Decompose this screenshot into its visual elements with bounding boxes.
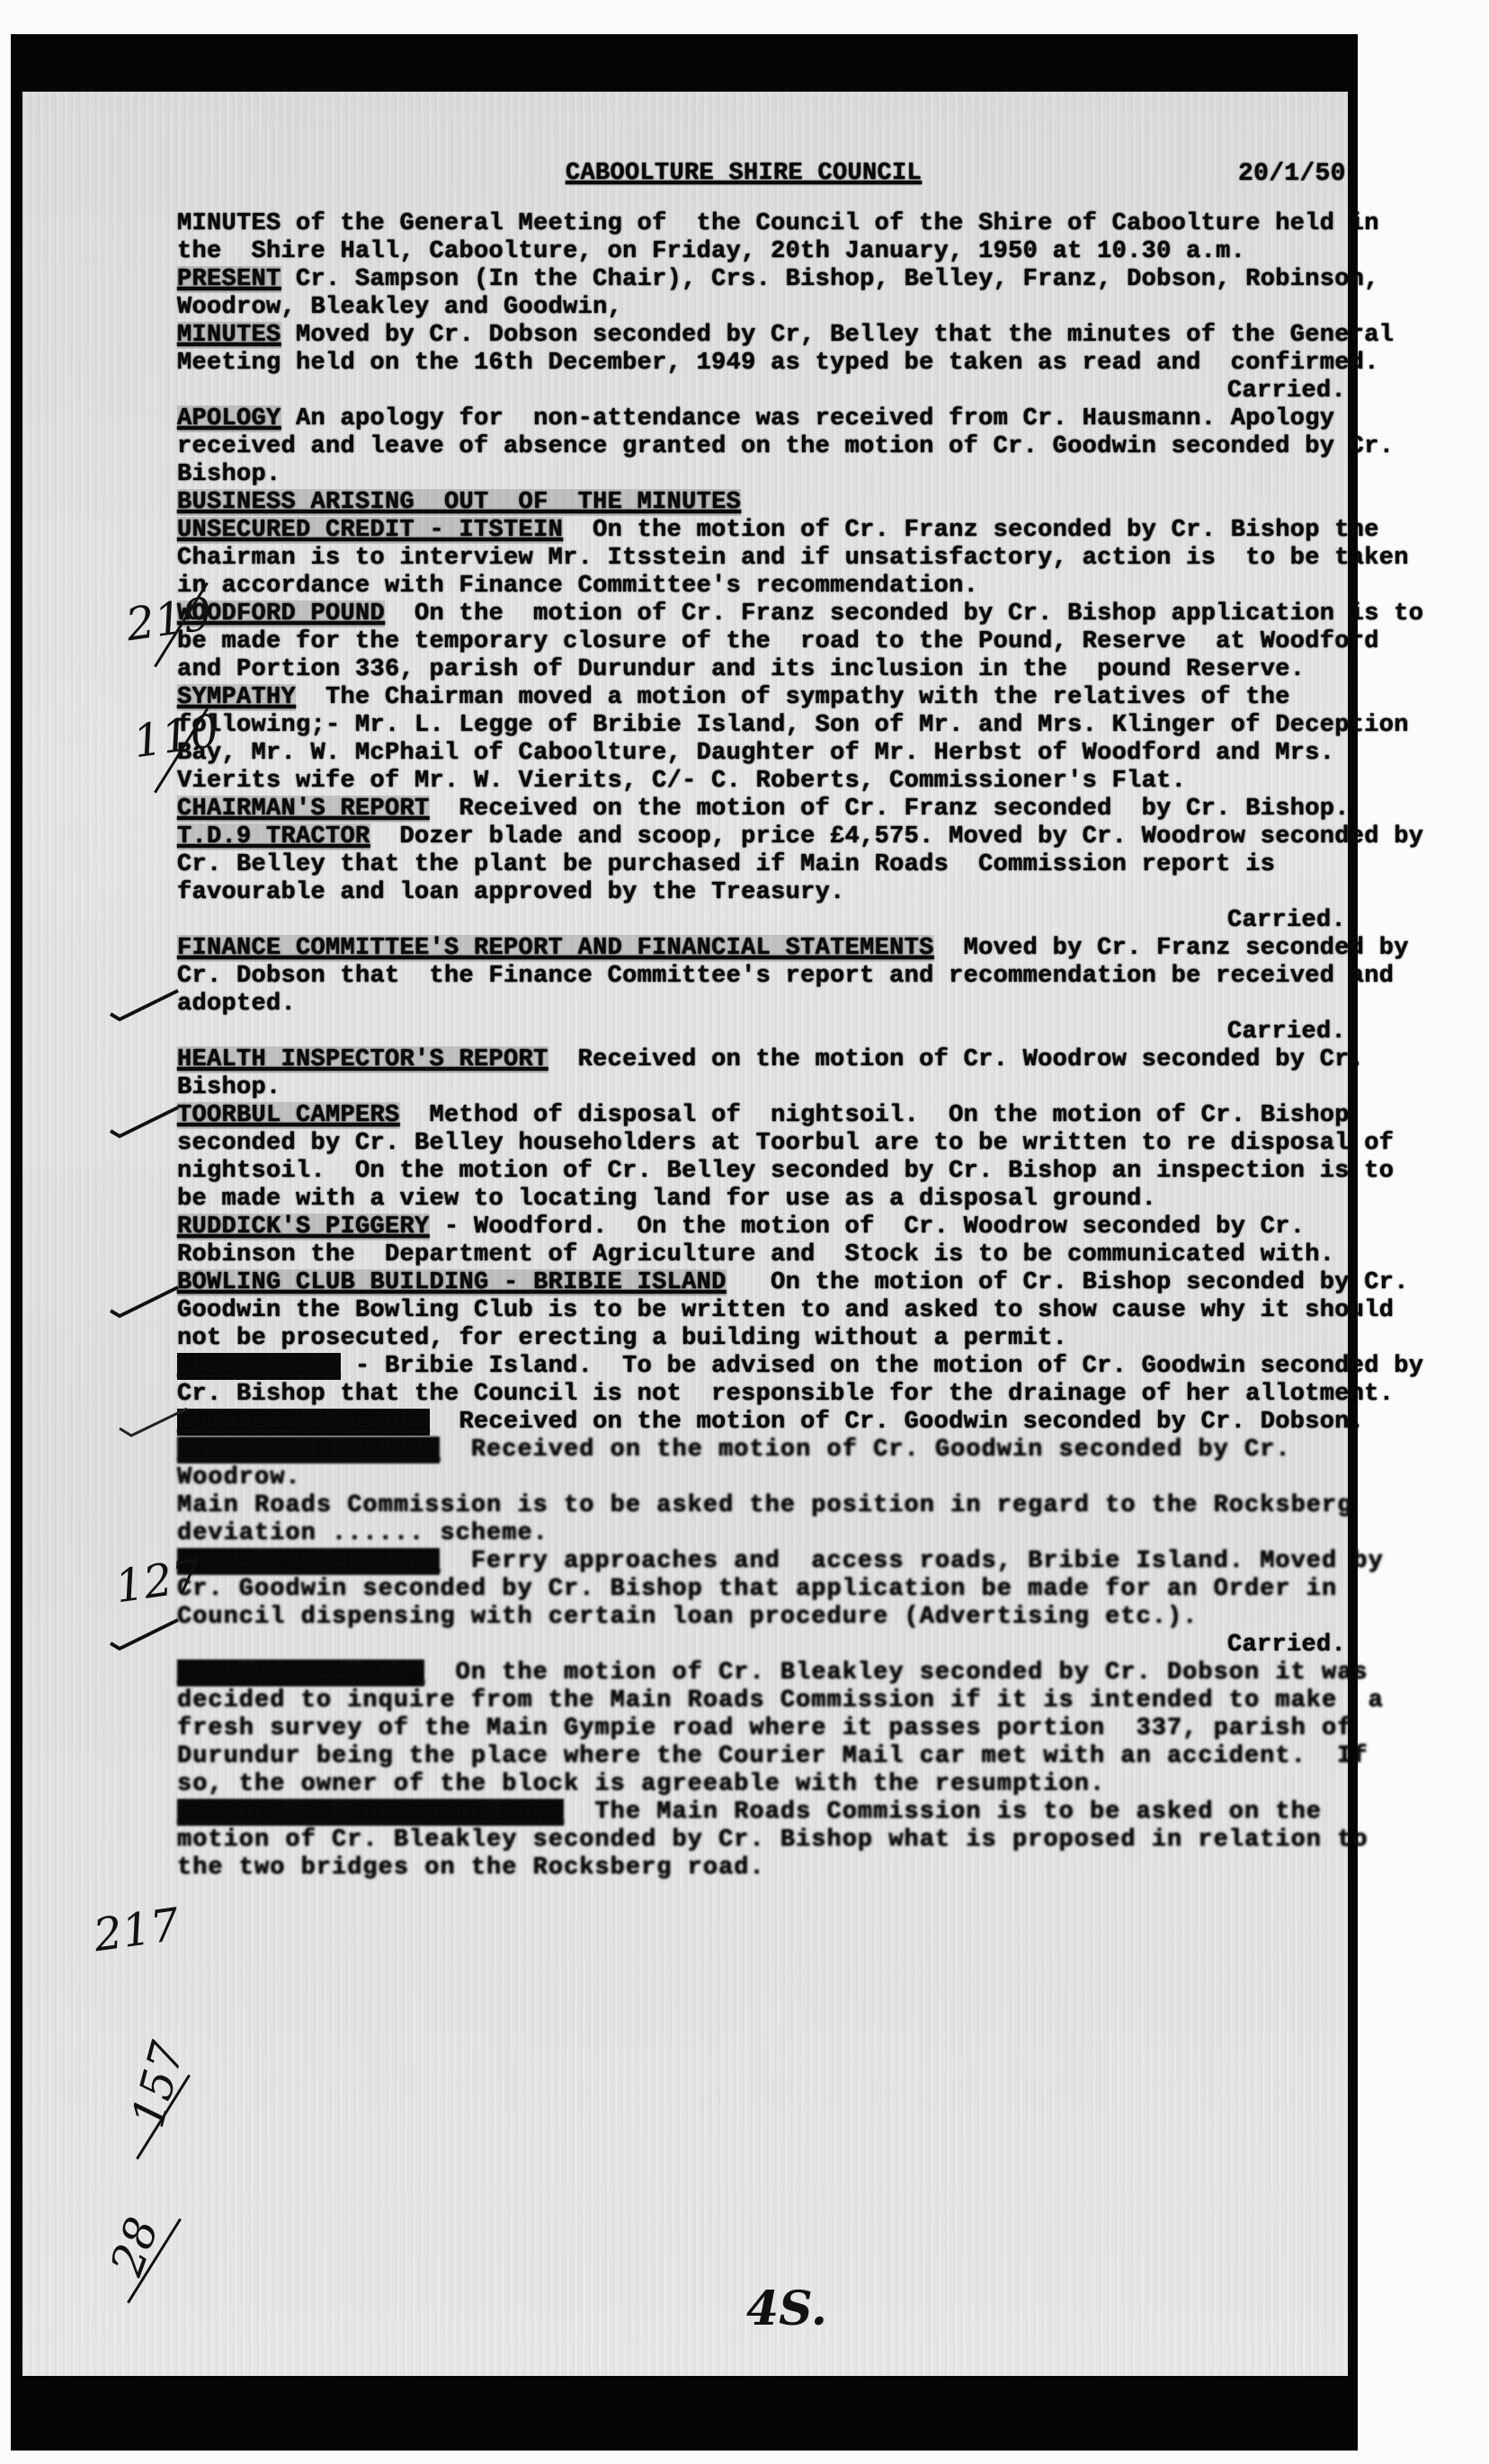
- document-date: 20/1/50: [1238, 160, 1346, 188]
- item-heading: APOLOGY: [177, 405, 281, 432]
- handwritten-initials: 4S.: [746, 2282, 827, 2336]
- item-heading: PRESENT: [177, 266, 281, 293]
- item-heading: UNSECURED CREDIT - ITSTEIN: [177, 517, 563, 544]
- minutes-item: SYMPATHY The Chairman moved a motion of …: [177, 684, 1427, 796]
- item-text: An apology for non-attendance was receiv…: [177, 405, 1409, 488]
- item-text: - Bribie Island. To be advised on the mo…: [177, 1353, 1439, 1408]
- minutes-item: UNSECURED CREDIT - ITSTEIN On the motion…: [177, 517, 1427, 600]
- minutes-item: BOWLING CLUB BUILDING - BRIBIE ISLAND On…: [177, 1269, 1427, 1353]
- item-text: Received on the motion of Cr. Franz seco…: [430, 796, 1350, 823]
- minutes-item: MAIN GYMPIE ROAD On the motion of Cr. Bl…: [177, 1659, 1427, 1799]
- item-heading: ROADS AND BRIDGES: [177, 1548, 440, 1575]
- minutes-item: TOORBUL CAMPERS Method of disposal of ni…: [177, 1102, 1427, 1214]
- minutes-item: APOLOGY An apology for non-attendance wa…: [177, 405, 1427, 489]
- carried-label: Carried.: [177, 378, 1427, 405]
- minutes-item: MRS. V. S. - Bribie Island. To be advise…: [177, 1353, 1427, 1409]
- item-heading: TOORBUL CAMPERS: [177, 1102, 400, 1129]
- minutes-item: PRESENT Cr. Sampson (In the Chair), Crs.…: [177, 266, 1427, 322]
- minutes-item: RUDDICK'S PIGGERY - Woodford. On the mot…: [177, 1214, 1427, 1269]
- item-heading: FINANCE COMMITTEE'S REPORT AND FINANCIAL…: [177, 935, 934, 962]
- minutes-item: ENGINEER'S REPORT Received on the motion…: [177, 1409, 1427, 1437]
- minutes-item: ROADS AND BRIDGES Ferry approaches and a…: [177, 1548, 1427, 1632]
- carried-label: Carried.: [177, 1019, 1427, 1046]
- minutes-items: PRESENT Cr. Sampson (In the Chair), Crs.…: [177, 266, 1427, 1882]
- item-heading: MINUTES: [177, 322, 281, 349]
- check-mark-icon: [106, 989, 187, 1025]
- intro-paragraph: MINUTES of the General Meeting of the Co…: [177, 210, 1427, 266]
- minutes-item: BRIDGES ON ROCKSBERG ROAD The Main Roads…: [177, 1799, 1427, 1882]
- document-title: CABOOLTURE SHIRE COUNCIL: [566, 160, 922, 188]
- carried-label: Carried.: [177, 1632, 1427, 1659]
- minutes-item: BUSINESS ARISING OUT OF THE MINUTES: [177, 489, 1427, 517]
- item-text: The Chairman moved a motion of sympathy …: [177, 684, 1423, 795]
- minutes-item: OVERSEER'S REPORT Received on the motion…: [177, 1437, 1427, 1492]
- minutes-document: CABOOLTURE SHIRE COUNCIL 20/1/50 MINUTES…: [177, 160, 1427, 1882]
- check-mark-icon: [106, 1618, 187, 1654]
- check-mark-icon: [115, 1407, 196, 1443]
- minutes-item: FINANCE COMMITTEE'S REPORT AND FINANCIAL…: [177, 935, 1427, 1019]
- item-heading: RUDDICK'S PIGGERY: [177, 1214, 430, 1241]
- minutes-item: HEALTH INSPECTOR'S REPORT Received on th…: [177, 1046, 1427, 1102]
- item-heading: OVERSEER'S REPORT: [177, 1437, 440, 1463]
- minutes-item: CHAIRMAN'S REPORT Received on the motion…: [177, 796, 1427, 823]
- item-heading: CHAIRMAN'S REPORT: [177, 796, 430, 823]
- item-heading: MRS. V. S.: [177, 1353, 341, 1380]
- minutes-item: WOODFORD POUND On the motion of Cr. Fran…: [177, 600, 1427, 684]
- item-text: Main Roads Commission is to be asked the…: [177, 1492, 1369, 1547]
- minutes-item: MINUTES Moved by Cr. Dobson seconded by …: [177, 322, 1427, 378]
- item-heading: BOWLING CLUB BUILDING - BRIBIE ISLAND: [177, 1269, 727, 1296]
- item-heading: T.D.9 TRACTOR: [177, 823, 370, 850]
- item-heading: BUSINESS ARISING OUT OF THE MINUTES: [177, 489, 741, 516]
- carried-label: Carried.: [177, 907, 1427, 935]
- item-heading: BRIDGES ON ROCKSBERG ROAD: [177, 1799, 564, 1826]
- item-heading: MAIN GYMPIE ROAD: [177, 1659, 424, 1686]
- check-mark-icon: [106, 1106, 187, 1142]
- check-mark-icon: [106, 1285, 187, 1321]
- minutes-item: Main Roads Commission is to be asked the…: [177, 1492, 1427, 1548]
- item-text: Cr. Sampson (In the Chair), Crs. Bishop,…: [177, 266, 1394, 321]
- title-row: CABOOLTURE SHIRE COUNCIL 20/1/50: [177, 160, 1427, 210]
- item-text: Moved by Cr. Dobson seconded by Cr, Bell…: [177, 322, 1409, 377]
- item-heading: ENGINEER'S REPORT: [177, 1409, 430, 1436]
- item-heading: HEALTH INSPECTOR'S REPORT: [177, 1046, 548, 1073]
- item-text: Received on the motion of Cr. Goodwin se…: [430, 1409, 1365, 1436]
- minutes-item: T.D.9 TRACTOR Dozer blade and scoop, pri…: [177, 823, 1427, 907]
